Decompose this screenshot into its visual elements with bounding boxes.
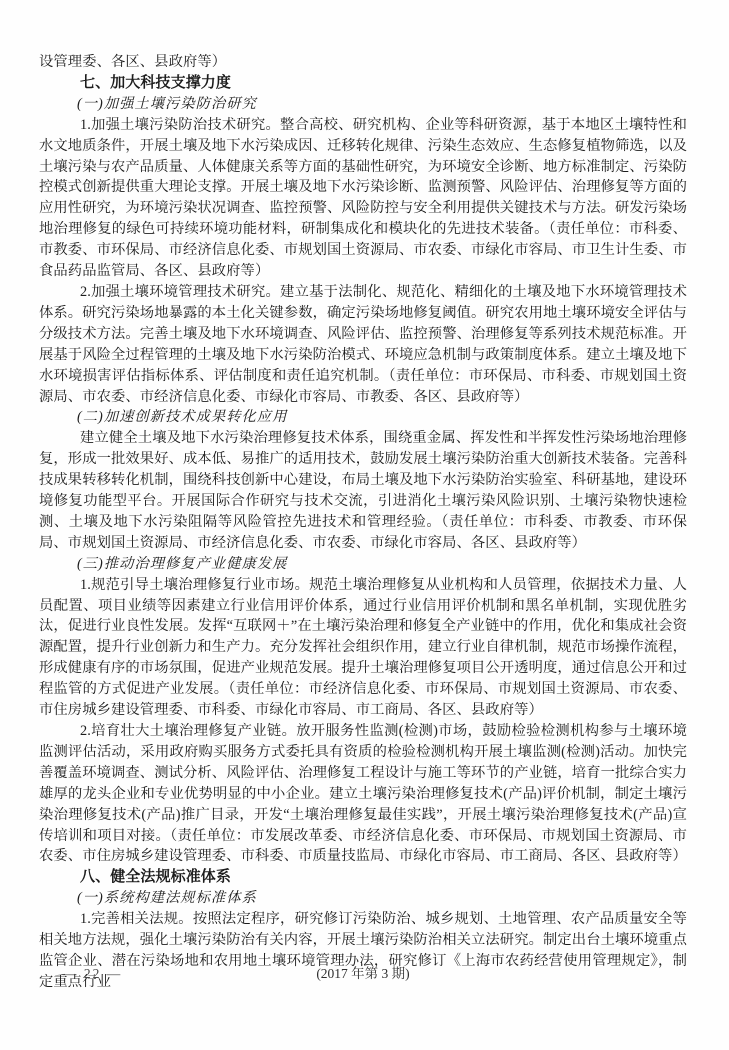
paragraph-7-3-item-2: 2.培育壮大土壤治理修复产业链。放开服务性监测(检测)市场，鼓励检验检测机构参与… [39,721,687,867]
subsection-heading-7-2: (二)加速创新技术成果转化应用 [39,407,687,428]
paragraph-7-1-item-1: 1.加强土壤污染防治技术研究。整合高校、研究机构、企业等科研资源，基于本地区土壤… [39,115,687,282]
paragraph-7-3-item-1: 1.规范引导土壤治理修复行业市场。规范土壤治理修复从业机构和人员管理，依据技术力… [39,575,687,721]
document-page: 设管理委、各区、县政府等） 七、加大科技支撑力度 (一)加强土壤污染防治研究 1… [0,0,729,1050]
section-heading-7: 七、加大科技支撑力度 [39,73,687,94]
subsection-heading-8-1: (一)系统构建法规标准体系 [39,888,687,909]
page-footer: — 22 — (2017 年第 3 期) [39,963,687,985]
paragraph-7-1-item-2: 2.加强土壤环境管理技术研究。建立基于法制化、规范化、精细化的土壤及地下水环境管… [39,282,687,407]
paragraph-continuation: 设管理委、各区、县政府等） [39,52,687,73]
subsection-heading-7-3: (三)推动治理修复产业健康发展 [39,554,687,575]
issue-label: (2017 年第 3 期) [39,963,687,985]
section-heading-8: 八、健全法规标准体系 [39,867,687,888]
page-body-text: 设管理委、各区、县政府等） 七、加大科技支撑力度 (一)加强土壤污染防治研究 1… [39,52,687,993]
subsection-heading-7-1: (一)加强土壤污染防治研究 [39,94,687,115]
paragraph-7-2: 建立健全土壤及地下水污染治理修复技术体系，围绕重金属、挥发性和半挥发性污染场地治… [39,428,687,553]
